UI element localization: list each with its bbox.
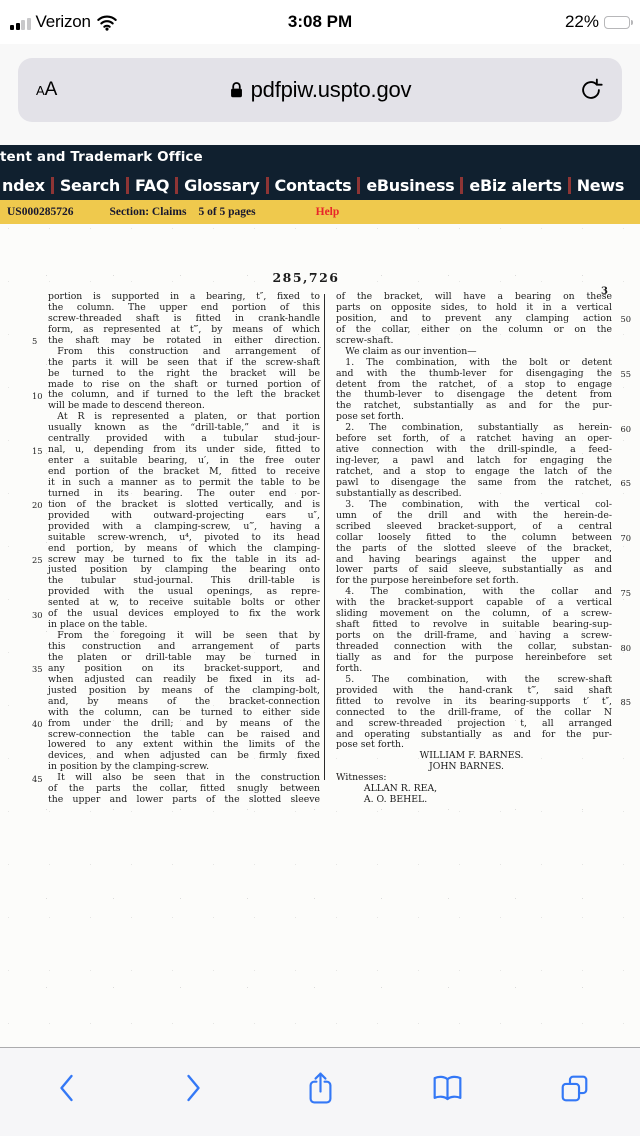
nav-item-contacts[interactable]: Contacts	[269, 176, 358, 195]
nav-item-faq[interactable]: FAQ	[129, 176, 175, 195]
patent-text-line: be turned to the right the bracket will …	[48, 369, 320, 380]
forward-button[interactable]	[171, 1066, 215, 1110]
nav-item-index[interactable]: ndex	[0, 176, 51, 195]
patent-number-heading: 285,726	[0, 270, 612, 285]
patent-text-line: We claim as our invention—	[336, 347, 612, 358]
battery-icon	[604, 16, 630, 29]
document-pages: 5 of 5 pages	[198, 206, 255, 218]
patent-text-line: fitted to revolve in its bearing-support…	[336, 697, 612, 708]
patent-left-column: portion is supported in a bearing, t″, f…	[48, 292, 320, 806]
url-text: pdfpiw.uspto.gov	[251, 77, 412, 103]
patent-line-number: 70	[620, 533, 631, 544]
nav-item-news[interactable]: News	[571, 176, 630, 195]
patent-text-columns: portion is supported in a bearing, t″, f…	[48, 292, 612, 806]
reload-button[interactable]	[578, 77, 604, 103]
patent-line-number: 25	[32, 555, 43, 566]
share-button[interactable]	[298, 1066, 342, 1110]
patent-line-number: 20	[32, 500, 43, 511]
back-button[interactable]	[44, 1066, 88, 1110]
patent-line-number: 65	[620, 478, 631, 489]
patent-text-line: and with the thumb-lever for disengaging…	[336, 369, 612, 380]
patent-line-number: 45	[32, 774, 43, 785]
patent-text-line: end portion, by means of which the clamp…	[48, 544, 320, 555]
patent-text-line: collar loosely fitted to the column betw…	[336, 533, 612, 544]
reload-icon	[578, 77, 604, 103]
patent-line-number: 30	[32, 610, 43, 621]
document-info-bar: US000285726 Section: Claims 5 of 5 pages…	[0, 200, 640, 224]
patent-text-line: with the column, can be turned to either…	[48, 708, 320, 719]
patent-line-number: 75	[620, 588, 631, 599]
patent-text-line: and, by means of the bracket-connection	[48, 697, 320, 708]
patent-text-line: from under the drill; and by means of th…	[48, 719, 320, 730]
patent-text-line: the parts it will be seen that if the sc…	[48, 358, 320, 369]
safari-address-bar-area: AA pdfpiw.uspto.gov	[0, 44, 640, 145]
bookmarks-button[interactable]	[425, 1066, 469, 1110]
patent-text-line: the parts of the slotted sleeve of the b…	[336, 544, 612, 555]
lock-icon	[229, 81, 244, 99]
uspto-nav: ndex Search FAQ Glossary Contacts eBusin…	[0, 176, 630, 195]
safari-toolbar	[0, 1047, 640, 1136]
column-divider-rule	[324, 294, 325, 780]
patent-text-line: 1. The combination, with the bolt or det…	[336, 358, 612, 369]
patent-text-line: scribed sleeved bracket-support, of a ce…	[336, 522, 612, 533]
patent-line-number: 40	[32, 719, 43, 730]
status-time: 3:08 PM	[0, 12, 640, 32]
patent-line-number: 15	[32, 446, 43, 457]
uspto-title: tent and Trademark Office	[0, 145, 640, 165]
book-icon	[431, 1074, 464, 1102]
patent-line-number: 55	[620, 369, 631, 380]
tabs-button[interactable]	[552, 1066, 596, 1110]
patent-text-line: suitable screw-wrench, u⁴, pivoted to it…	[48, 533, 320, 544]
patent-text-line: the upper and lower parts of the slotted…	[48, 795, 320, 806]
patent-line-number: 50	[620, 314, 631, 325]
patent-line-number: 35	[32, 664, 43, 675]
text-size-button[interactable]: AA	[36, 79, 57, 101]
nav-item-search[interactable]: Search	[54, 176, 126, 195]
patent-line-number: 10	[32, 391, 43, 402]
help-link[interactable]: Help	[316, 206, 340, 218]
document-id: US000285726	[7, 206, 73, 218]
patent-text-line: and screw-threaded projection t, all arr…	[336, 719, 612, 730]
patent-text-line: provided with a clamping-screw, u‴, havi…	[48, 522, 320, 533]
patent-line-number: 5	[32, 336, 37, 347]
nav-item-glossary[interactable]: Glossary	[178, 176, 265, 195]
battery-percent-label: 22%	[565, 12, 599, 32]
patent-line-number: 60	[620, 424, 631, 435]
chevron-left-icon	[58, 1073, 75, 1103]
nav-item-ebiz-alerts[interactable]: eBiz alerts	[463, 176, 567, 195]
tabs-icon	[560, 1074, 589, 1103]
nav-item-ebusiness[interactable]: eBusiness	[360, 176, 460, 195]
status-bar: Verizon 3:08 PM 22%	[0, 0, 640, 44]
patent-text-line: A. O. BEHEL.	[336, 795, 612, 806]
patent-text-line: From this construction and arrangement o…	[48, 347, 320, 358]
document-section: Section: Claims	[109, 206, 186, 218]
uspto-header: tent and Trademark Office ndex Search FA…	[0, 145, 640, 200]
patent-text-line: connected to the drill-frame, of the col…	[336, 708, 612, 719]
patent-scan-page: 285,726 3 portion is supported in a bear…	[0, 224, 640, 1047]
patent-right-column: of the bracket, will have a bearing on t…	[336, 292, 612, 806]
patent-text-line: tially as and for the purpose hereinbefo…	[336, 653, 612, 664]
patent-line-number: 80	[620, 643, 631, 654]
url-field[interactable]: AA pdfpiw.uspto.gov	[18, 58, 622, 122]
chevron-right-icon	[185, 1073, 202, 1103]
patent-line-number: 85	[620, 697, 631, 708]
share-icon	[307, 1070, 334, 1106]
